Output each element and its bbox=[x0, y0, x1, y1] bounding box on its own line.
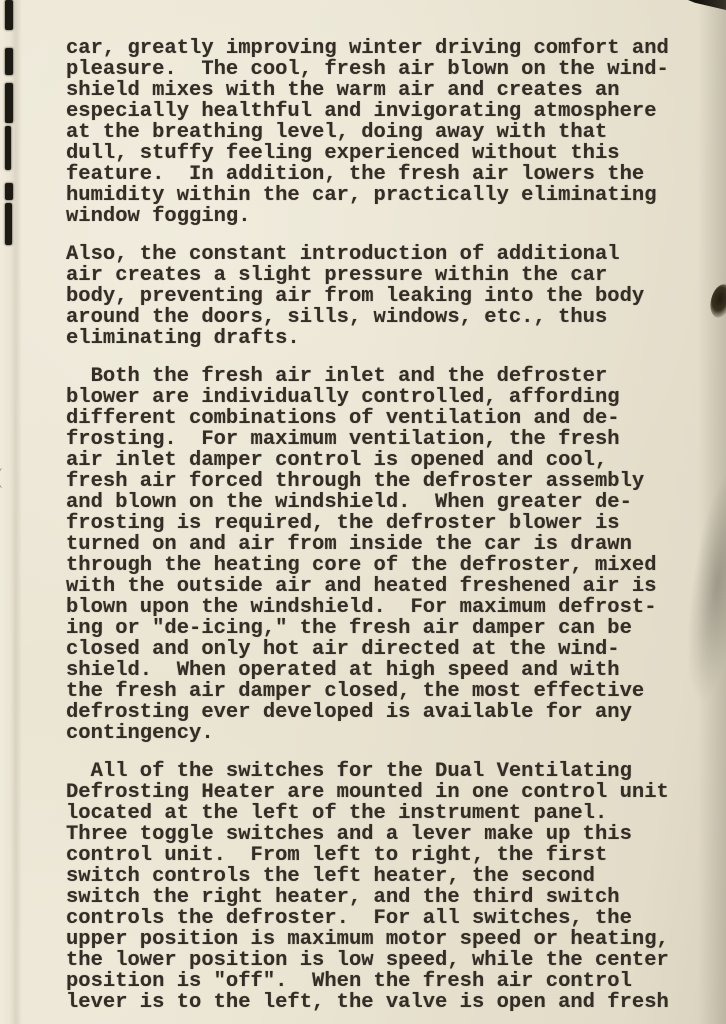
paragraph-ventilation-comfort: car, greatly improving winter driving co… bbox=[66, 38, 669, 227]
binding-mark bbox=[5, 203, 12, 245]
paragraph-control-unit-switches: All of the switches for the Dual Ventila… bbox=[66, 761, 669, 1013]
paragraph-pressure-drafts: Also, the constant introduction of addit… bbox=[66, 244, 669, 349]
binding-mark bbox=[5, 48, 13, 75]
page-gutter bbox=[0, 0, 22, 1024]
paragraph-inlet-defroster-control: Both the fresh air inlet and the defrost… bbox=[66, 366, 669, 744]
page-text: car, greatly improving winter driving co… bbox=[66, 38, 669, 1024]
binding-mark bbox=[5, 183, 13, 200]
binding-mark bbox=[5, 0, 13, 30]
scanned-page: car, greatly improving winter driving co… bbox=[0, 0, 726, 1024]
binding-mark bbox=[5, 83, 13, 123]
binding-mark bbox=[5, 126, 11, 170]
